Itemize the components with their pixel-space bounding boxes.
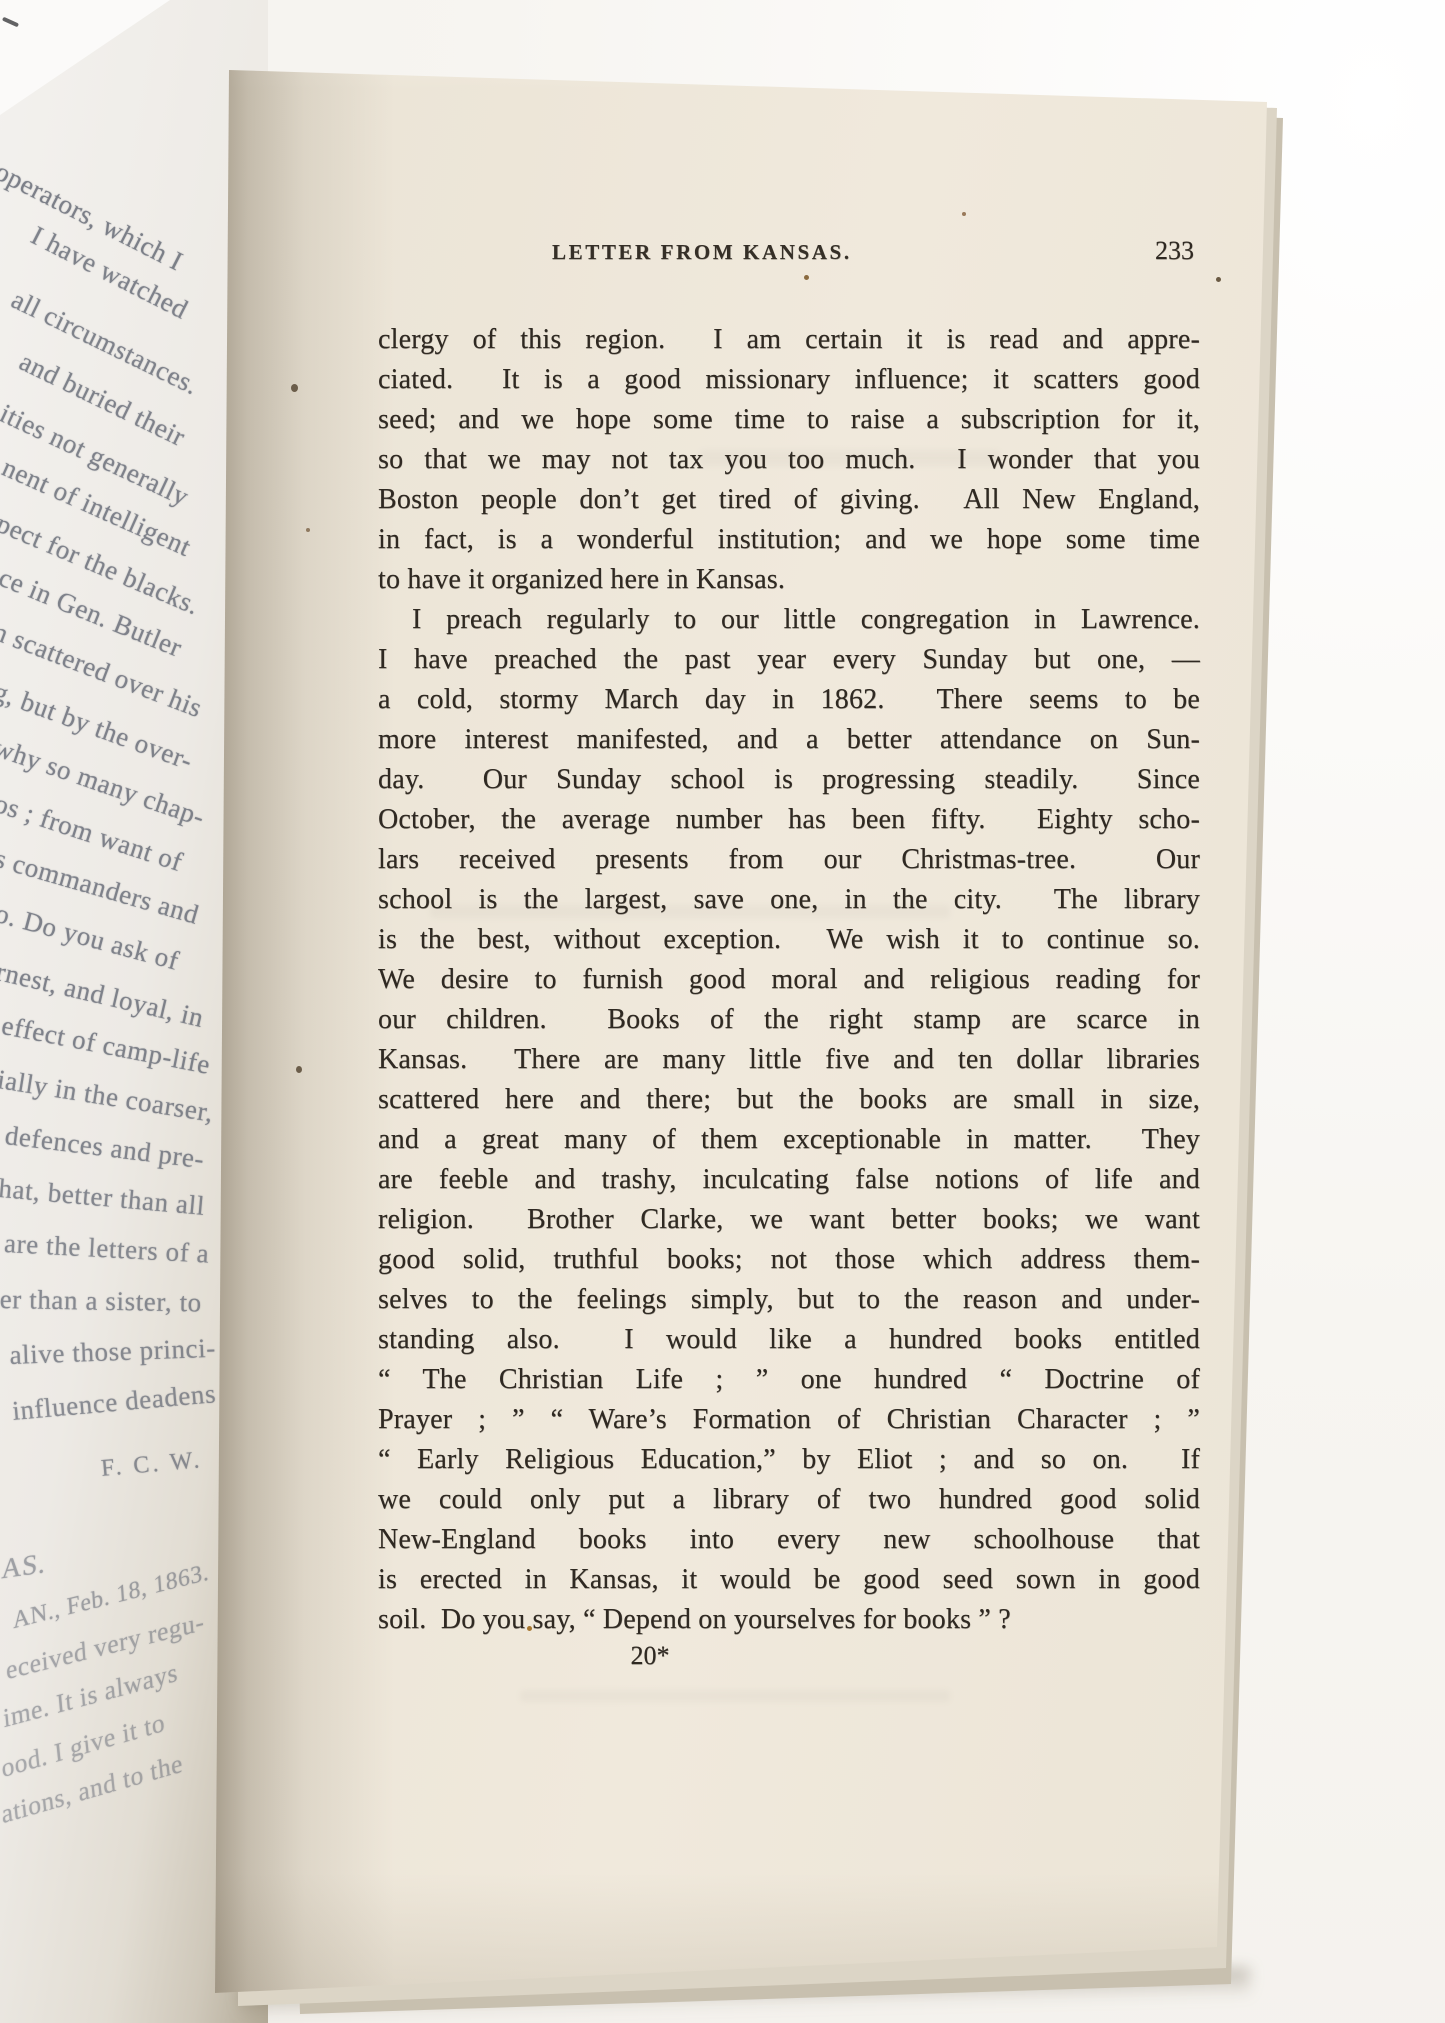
text-line: lars received presents from our Christma… xyxy=(378,840,1200,880)
text-line: standing also. I would like a hundred bo… xyxy=(378,1320,1200,1360)
text-line: selves to the feelings simply, but to th… xyxy=(378,1280,1200,1320)
text-line: ciated. It is a good missionary influenc… xyxy=(378,360,1200,400)
text-line: and a great many of them exceptionable i… xyxy=(378,1120,1200,1160)
text-line: New-England books into every new schoolh… xyxy=(378,1520,1200,1560)
text-line: soil. Do you say, “ Depend on yourselves… xyxy=(378,1600,1200,1640)
text-line: to have it organized here in Kansas. xyxy=(378,560,1200,600)
text-line: is the best, without exception. We wish … xyxy=(378,920,1200,960)
text-line: seed; and we hope some time to raise a s… xyxy=(378,400,1200,440)
text-line: “ Early Religious Education,” by Eliot ;… xyxy=(378,1440,1200,1480)
text-line: is erected in Kansas, it would be good s… xyxy=(378,1560,1200,1600)
body-text: clergy of this region. I am certain it i… xyxy=(378,320,1200,1640)
text-line: Prayer ; ” “ Ware’s Formation of Christi… xyxy=(378,1400,1200,1440)
running-title: LETTER FROM KANSAS. xyxy=(552,240,852,265)
text-line: I have preached the past year every Sund… xyxy=(378,640,1200,680)
text-line: so that we may not tax you too much. I w… xyxy=(378,440,1200,480)
book-photo: operators, which II have watchedall circ… xyxy=(0,0,1445,2023)
page-number: 233 xyxy=(1155,236,1194,266)
text-line: we could only put a library of two hundr… xyxy=(378,1480,1200,1520)
text-line: Kansas. There are many little five and t… xyxy=(378,1040,1200,1080)
text-line: scattered here and there; but the books … xyxy=(378,1080,1200,1120)
text-line: “ The Christian Life ; ” one hundred “ D… xyxy=(378,1360,1200,1400)
text-line: are feeble and trashy, inculcating false… xyxy=(378,1160,1200,1200)
text-line: a cold, stormy March day in 1862. There … xyxy=(378,680,1200,720)
text-line: October, the average number has been fif… xyxy=(378,800,1200,840)
text-line: We desire to furnish good moral and reli… xyxy=(378,960,1200,1000)
text-line: Boston people don’t get tired of giving.… xyxy=(378,480,1200,520)
text-line: I preach regularly to our little congreg… xyxy=(378,600,1200,640)
text-line: more interest manifested, and a better a… xyxy=(378,720,1200,760)
text-line: religion. Brother Clarke, we want better… xyxy=(378,1200,1200,1240)
text-line: good solid, truthful books; not those wh… xyxy=(378,1240,1200,1280)
page-text-layer: LETTER FROM KANSAS. 233 clergy of this r… xyxy=(0,0,1445,2023)
text-line: day. Our Sunday school is progressing st… xyxy=(378,760,1200,800)
text-line: in fact, is a wonderful institution; and… xyxy=(378,520,1200,560)
text-line: school is the largest, save one, in the … xyxy=(378,880,1200,920)
text-line: clergy of this region. I am certain it i… xyxy=(378,320,1200,360)
text-line: our children. Books of the right stamp a… xyxy=(378,1000,1200,1040)
signature-mark: 20* xyxy=(620,1641,680,1671)
